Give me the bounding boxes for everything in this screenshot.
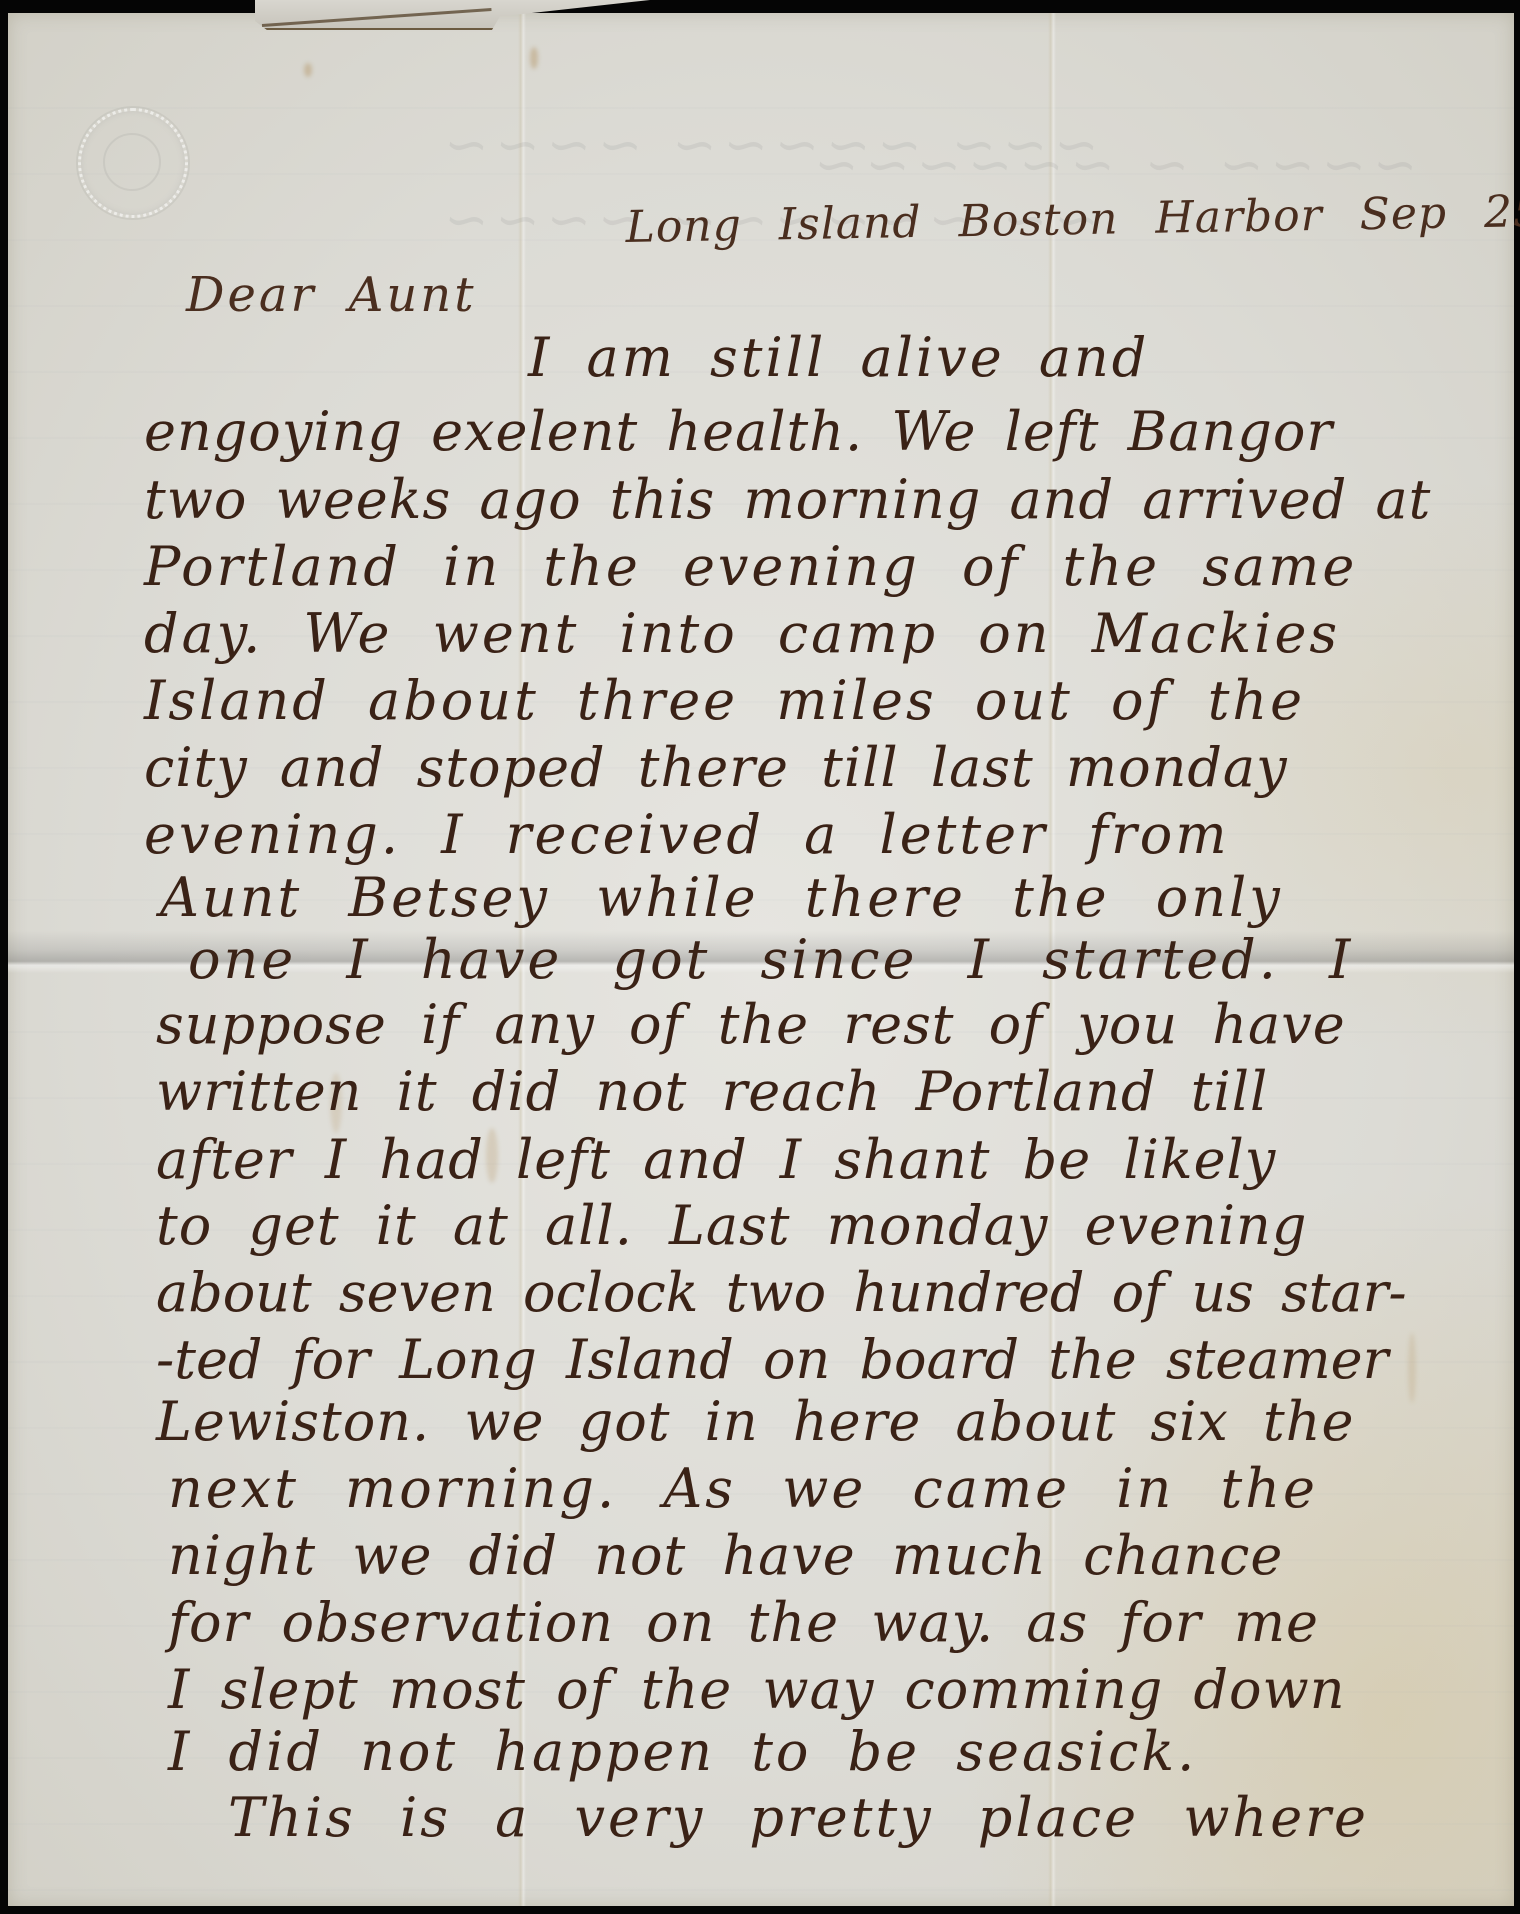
body-line: two weeks ago this morning and arrived a… xyxy=(144,473,1431,527)
body-line: next morning. As we came in the xyxy=(168,1462,1318,1516)
paper-stain xyxy=(304,63,312,77)
heading-date: Sep 25 xyxy=(1359,186,1520,240)
body-line: city and stoped there till last monday xyxy=(144,741,1288,795)
body-line: for observation on the way. as for me xyxy=(168,1596,1319,1650)
body-line: -ted for Long Island on board the steame… xyxy=(156,1333,1388,1387)
paper-stain xyxy=(530,47,538,69)
body-line: I did not happen to be seasick. xyxy=(168,1725,1197,1779)
body-line: night we did not have much chance xyxy=(168,1529,1283,1583)
body-line: Lewiston. we got in here about six the xyxy=(156,1395,1354,1449)
body-line: written it did not reach Portland till xyxy=(156,1065,1268,1119)
body-line: I slept most of the way comming down xyxy=(168,1663,1346,1717)
body-line: suppose if any of the rest of you have xyxy=(156,998,1346,1052)
embossed-seal-icon xyxy=(78,108,188,218)
bleed-through-text: ~~~~ ~ ~~~~~~ xyxy=(802,133,1423,196)
body-line: about seven oclock two hundred of us sta… xyxy=(156,1266,1407,1320)
letter-page: ~~~ ~~~~~ ~~~~ ~~ ~~~~~~ ~~~~ ~~~~ ~ ~~~… xyxy=(8,13,1514,1906)
salutation: Dear Aunt xyxy=(186,271,477,319)
paper-stain xyxy=(1408,1333,1416,1403)
body-line: to get it at all. Last monday evening xyxy=(156,1199,1307,1253)
body-line: after I had left and I shant be likely xyxy=(156,1133,1276,1187)
body-line: This is a very pretty place where xyxy=(228,1791,1369,1845)
body-line: Aunt Betsey while there the only xyxy=(160,871,1283,925)
body-line: evening. I received a letter from xyxy=(144,808,1230,862)
body-line: day. We went into camp on Mackies xyxy=(144,607,1340,661)
body-line: one I have got since I started. I xyxy=(188,933,1353,987)
body-line: I am still alive and xyxy=(528,331,1149,385)
body-line: engoying exelent health. We left Bangor xyxy=(144,405,1333,459)
heading-place: Long Island Boston Harbor xyxy=(625,190,1323,253)
body-line: Portland in the evening of the same xyxy=(144,540,1357,594)
body-line: Island about three miles out of the xyxy=(144,674,1305,728)
